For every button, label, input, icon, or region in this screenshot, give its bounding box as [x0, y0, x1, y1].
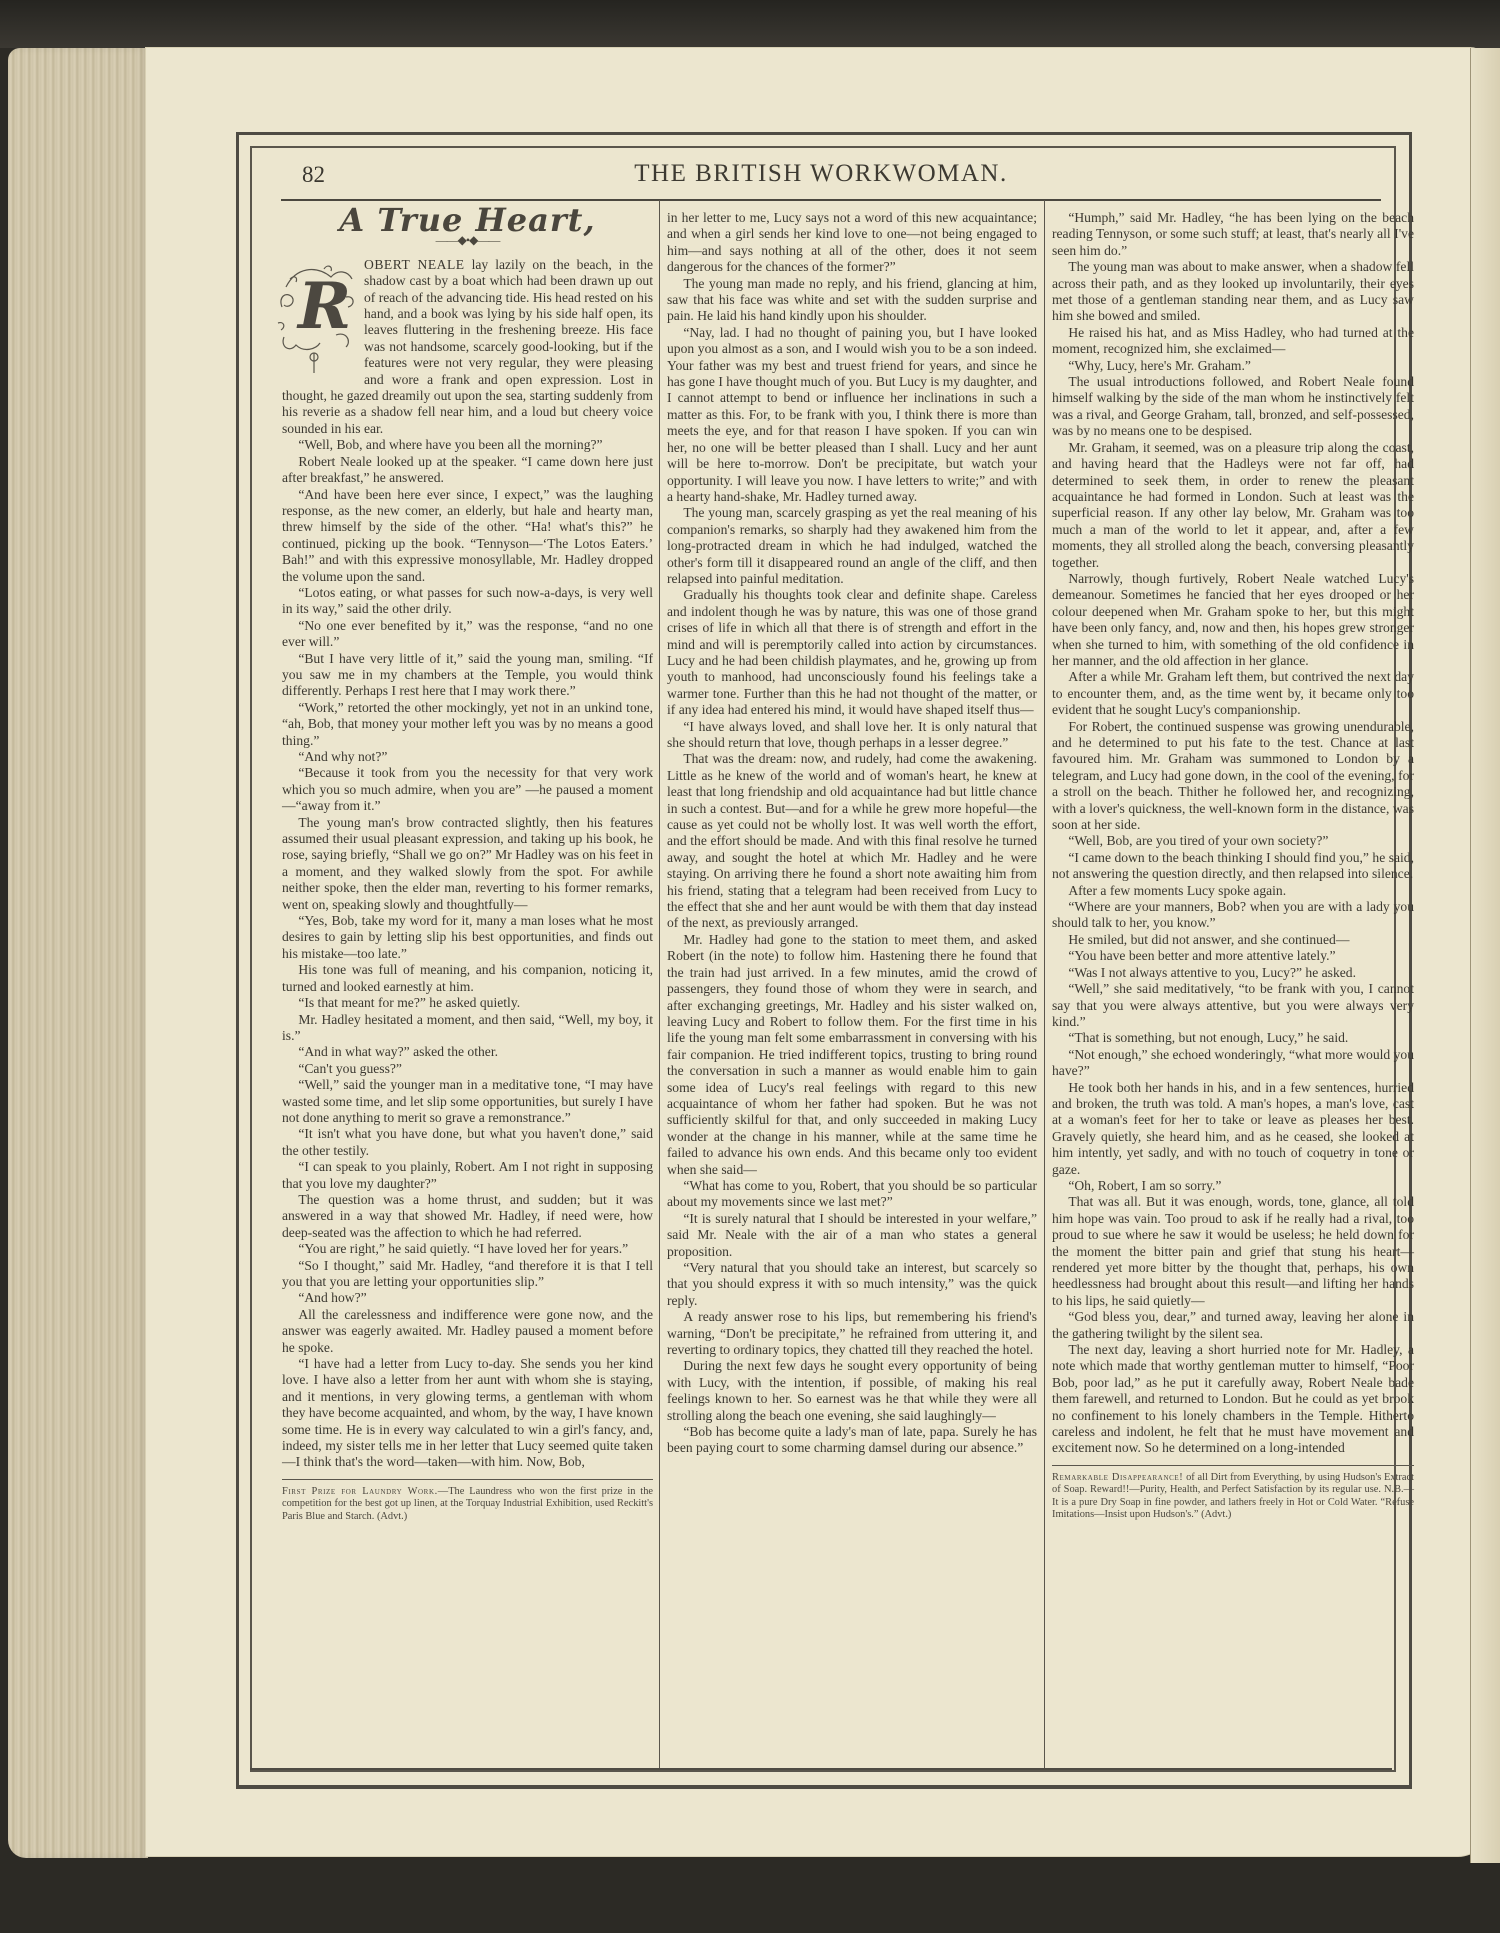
middle-column-paragraphs: in her letter to me, Lucy says not a wor… [667, 210, 1037, 1457]
paragraph: “It is surely natural that I should be i… [667, 1211, 1037, 1260]
paragraph: “So I thought,” said Mr. Hadley, “and th… [282, 1258, 653, 1291]
paragraph: “Is that meant for me?” he asked quietly… [282, 995, 653, 1011]
paragraph: During the next few days he sought every… [667, 1358, 1037, 1424]
paragraph: Mr. Hadley had gone to the station to me… [667, 932, 1037, 1178]
paragraph: “Bob has become quite a lady's man of la… [667, 1424, 1037, 1457]
opening-small-caps: OBERT NEALE [364, 257, 465, 272]
opening-paragraph-block: R OBERT NEALE lay lazily on the beach, i… [282, 257, 653, 437]
paragraph: “But I have very little of it,” said the… [282, 651, 653, 700]
page-header: 82 THE BRITISH WORKWOMAN. [250, 160, 1392, 200]
column-divider-right [1044, 200, 1045, 1768]
paragraph: “Where are your manners, Bob? when you a… [1052, 899, 1414, 932]
paragraph: Robert Neale looked up at the speaker. “… [282, 454, 653, 487]
paragraph: A ready answer rose to his lips, but rem… [667, 1309, 1037, 1358]
paragraph: After a while Mr. Graham left them, but … [1052, 669, 1414, 718]
paragraph: “Why, Lucy, here's Mr. Graham.” [1052, 358, 1414, 374]
right-column-paragraphs: “Humph,” said Mr. Hadley, “he has been l… [1052, 210, 1414, 1457]
paragraph: “You are right,” he said quietly. “I hav… [282, 1241, 653, 1257]
advert-heading: First Prize for Laundry Work. [282, 1486, 438, 1497]
paragraph: Mr. Hadley hesitated a moment, and then … [282, 1012, 653, 1045]
paragraph: “What has come to you, Robert, that you … [667, 1178, 1037, 1211]
paragraph: “Well,” said the younger man in a medita… [282, 1077, 653, 1126]
paragraph: “Well, Bob, are you tired of your own so… [1052, 833, 1414, 849]
paragraph: The next day, leaving a short hurried no… [1052, 1342, 1414, 1457]
paragraph: He took both her hands in his, and in a … [1052, 1080, 1414, 1178]
article-column-left: A True Heart, ——◆•◆—— R OBERT NEA [282, 204, 653, 1523]
paragraph: Mr. Graham, it seemed, was on a pleasure… [1052, 440, 1414, 571]
paragraph: His tone was full of meaning, and his co… [282, 962, 653, 995]
paragraph: After a few moments Lucy spoke again. [1052, 883, 1414, 899]
paragraph: The young man was about to make answer, … [1052, 259, 1414, 325]
paragraph: “Well,” she said meditatively, “to be fr… [1052, 981, 1414, 1030]
advert-heading: Remarkable Disappearance! [1052, 1472, 1183, 1483]
article-column-right: “Humph,” said Mr. Hadley, “he has been l… [1052, 210, 1414, 1522]
title-ornament-divider: ——◆•◆—— [282, 232, 653, 248]
bottom-rule-inner [250, 1768, 1392, 1770]
paragraph: “Was I not always attentive to you, Lucy… [1052, 965, 1414, 981]
dropcap-letter: R [298, 275, 351, 339]
scan-background [0, 0, 1500, 48]
ornamental-dropcap: R [276, 257, 358, 377]
paragraph: The young man, scarcely grasping as yet … [667, 505, 1037, 587]
paragraph: “You have been better and more attentive… [1052, 948, 1414, 964]
paragraph: “I have always loved, and shall love her… [667, 719, 1037, 752]
column-divider-left [659, 200, 660, 1768]
paragraph: “That is something, but not enough, Lucy… [1052, 1030, 1414, 1046]
paragraph: That was the dream: now, and rudely, had… [667, 751, 1037, 931]
paragraph: All the carelessness and indifference we… [282, 1307, 653, 1356]
paragraph: “And how?” [282, 1290, 653, 1306]
paragraph: For Robert, the continued suspense was g… [1052, 719, 1414, 834]
paragraph: “I can speak to you plainly, Robert. Am … [282, 1159, 653, 1192]
paragraph: “God bless you, dear,” and turned away, … [1052, 1309, 1414, 1342]
left-column-paragraphs: “Well, Bob, and where have you been all … [282, 437, 653, 1471]
paragraph: in her letter to me, Lucy says not a wor… [667, 210, 1037, 276]
paragraph: “Nay, lad. I had no thought of paining y… [667, 325, 1037, 505]
paragraph: The young man's brow contracted slightly… [282, 815, 653, 913]
paragraph: He raised his hat, and as Miss Hadley, w… [1052, 325, 1414, 358]
paragraph: The young man made no reply, and his fri… [667, 276, 1037, 325]
paragraph: “Yes, Bob, take my word for it, many a m… [282, 913, 653, 962]
paragraph: “No one ever benefited by it,” was the r… [282, 618, 653, 651]
paragraph: “Work,” retorted the other mockingly, ye… [282, 700, 653, 749]
paragraph: “Not enough,” she echoed wonderingly, “w… [1052, 1047, 1414, 1080]
paragraph: “Lotos eating, or what passes for such n… [282, 585, 653, 618]
paragraph: “And why not?” [282, 749, 653, 765]
paragraph: The usual introductions followed, and Ro… [1052, 374, 1414, 440]
paragraph: “Oh, Robert, I am so sorry.” [1052, 1178, 1414, 1194]
article-title: A True Heart, [282, 212, 653, 228]
article-column-middle: in her letter to me, Lucy says not a wor… [667, 210, 1037, 1457]
paragraph: “Can't you guess?” [282, 1061, 653, 1077]
paragraph: “And in what way?” asked the other. [282, 1044, 653, 1060]
paragraph: “Well, Bob, and where have you been all … [282, 437, 653, 453]
paragraph: “Because it took from you the necessity … [282, 765, 653, 814]
advert-reckitts: First Prize for Laundry Work.—The Laundr… [282, 1479, 653, 1523]
page-block-edge [8, 48, 148, 1858]
paragraph: “It isn't what you have done, but what y… [282, 1126, 653, 1159]
paragraph: “Humph,” said Mr. Hadley, “he has been l… [1052, 210, 1414, 259]
paragraph: “And have been here ever since, I expect… [282, 487, 653, 585]
facing-page-edge [1470, 48, 1500, 1863]
paragraph: “Very natural that you should take an in… [667, 1260, 1037, 1309]
paragraph: “I came down to the beach thinking I sho… [1052, 850, 1414, 883]
paragraph: “I have had a letter from Lucy to-day. S… [282, 1356, 653, 1471]
advert-hudsons-soap: Remarkable Disappearance! of all Dirt fr… [1052, 1465, 1414, 1522]
paragraph: The question was a home thrust, and sudd… [282, 1192, 653, 1241]
paragraph: Narrowly, though furtively, Robert Neale… [1052, 571, 1414, 669]
paragraph: He smiled, but did not answer, and she c… [1052, 932, 1414, 948]
paragraph: Gradually his thoughts took clear and de… [667, 587, 1037, 718]
paragraph: That was all. But it was enough, words, … [1052, 1194, 1414, 1309]
masthead-title: THE BRITISH WORKWOMAN. [250, 160, 1392, 188]
